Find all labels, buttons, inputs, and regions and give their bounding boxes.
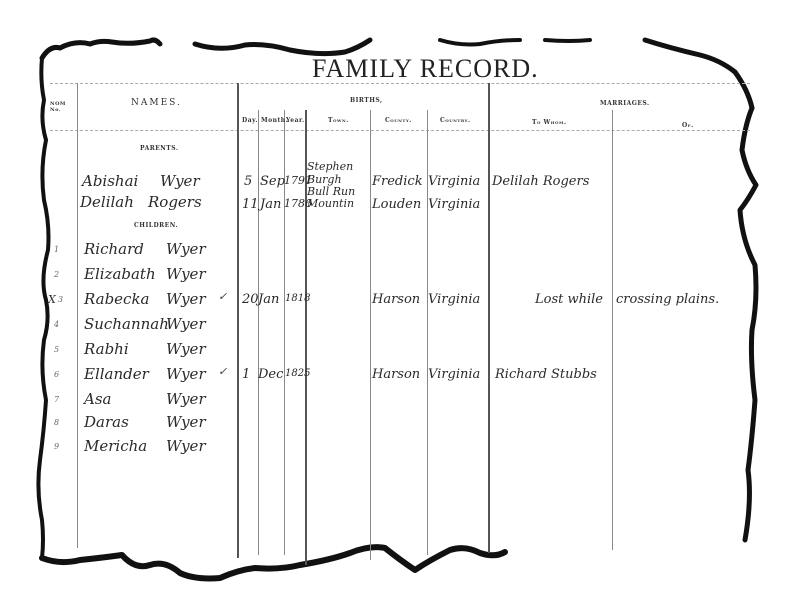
first-name: Daras	[84, 413, 129, 431]
first-name: Mericha	[84, 437, 147, 455]
birth-town: Stephen Burgh	[307, 160, 367, 186]
last-name: Wyer	[166, 437, 206, 455]
section-children: CHILDREN.	[134, 222, 178, 229]
birth-county: Louden	[372, 197, 421, 212]
col-rule-of	[612, 110, 613, 550]
birth-day: 11	[242, 197, 259, 212]
birth-town: Bull Run Mountin	[307, 186, 371, 210]
header-day: Day.	[242, 117, 258, 124]
birth-country: Virginia	[428, 367, 480, 382]
child-number: 5	[54, 345, 59, 354]
header-county: County.	[385, 117, 412, 124]
married-to-whom: Richard Stubbs	[495, 367, 597, 382]
first-name: Richard	[84, 240, 144, 258]
last-name: Wyer	[166, 265, 206, 283]
col-rule-month	[258, 110, 259, 555]
birth-country: Virginia	[428, 292, 480, 307]
header-no: NOM No.	[50, 101, 66, 113]
birth-day: 20	[242, 292, 259, 307]
col-rule-day	[237, 83, 239, 558]
birth-month: Jan	[260, 197, 281, 212]
married-to-whom: Delilah Rogers	[492, 174, 589, 189]
married-to-whom: Lost while	[535, 292, 603, 307]
birth-county: Harson	[372, 367, 420, 382]
child-number: 8	[54, 418, 59, 427]
header-marriages: MARRIAGES.	[600, 100, 650, 107]
child-number: 9	[54, 442, 59, 451]
header-births: BIRTHS,	[350, 97, 383, 104]
birth-country: Virginia	[428, 197, 480, 212]
first-name: Suchannah	[84, 315, 169, 333]
family-record-page: Family Record. NOM No. NAMES. BIRTHS, Da…	[0, 0, 800, 600]
first-name: Asa	[84, 390, 111, 408]
header-bottom-rule	[50, 130, 750, 132]
header-month: Month.	[261, 117, 288, 124]
col-rule-no	[77, 83, 78, 548]
married-of: crossing plains.	[616, 292, 719, 307]
last-name: Wyer	[166, 413, 206, 431]
section-parents: PARENTS.	[140, 145, 178, 152]
birth-day: 5	[244, 174, 252, 189]
last-name: Wyer	[166, 340, 206, 358]
child-number: 2	[54, 270, 59, 279]
header-year: Year.	[286, 117, 305, 124]
birth-month: Dec	[258, 367, 283, 382]
first-name: Rabhi	[84, 340, 129, 358]
last-name: Wyer	[166, 390, 206, 408]
header-top-rule	[50, 83, 750, 85]
last-name: Wyer	[166, 315, 206, 333]
birth-day: 1	[242, 367, 250, 382]
child-number: 3	[58, 295, 63, 304]
header-town: Town.	[328, 117, 349, 124]
birth-county: Harson	[372, 292, 420, 307]
birth-month: Jan	[258, 292, 279, 307]
child-number: 6	[54, 370, 59, 379]
first-name: Elizabath	[84, 265, 156, 283]
col-rule-to-whom	[488, 83, 490, 553]
title-word-family: Family	[312, 54, 412, 83]
header-of: Of.	[682, 122, 694, 129]
child-number: 1	[54, 245, 59, 254]
birth-month: Sep	[260, 174, 285, 189]
title-word-record: Record.	[420, 54, 539, 83]
first-name: Ellander	[84, 365, 149, 383]
checkmark-icon: ✓	[218, 365, 227, 378]
first-name: Abishai	[82, 172, 138, 190]
last-name: Wyer	[166, 365, 206, 383]
header-to-whom: To Whom.	[532, 119, 567, 126]
last-name: Rogers	[148, 193, 202, 211]
header-names: NAMES.	[131, 98, 182, 108]
birth-year: 1818	[285, 293, 310, 304]
col-rule-county	[370, 110, 371, 560]
birth-year: 1825	[285, 368, 310, 379]
header-country: Country.	[440, 117, 471, 124]
last-name: Wyer	[160, 172, 200, 190]
first-name: Rabecka	[84, 290, 150, 308]
child-number: 4	[54, 320, 59, 329]
birth-country: Virginia	[428, 174, 480, 189]
last-name: Wyer	[166, 240, 206, 258]
birth-county: Fredick	[372, 174, 423, 189]
first-name: Delilah	[80, 193, 134, 211]
child-number: 7	[54, 395, 59, 404]
checkmark-icon: ✓	[218, 290, 227, 303]
x-mark-icon: X	[48, 293, 56, 306]
page-title: Family Record.	[312, 54, 539, 84]
last-name: Wyer	[166, 290, 206, 308]
